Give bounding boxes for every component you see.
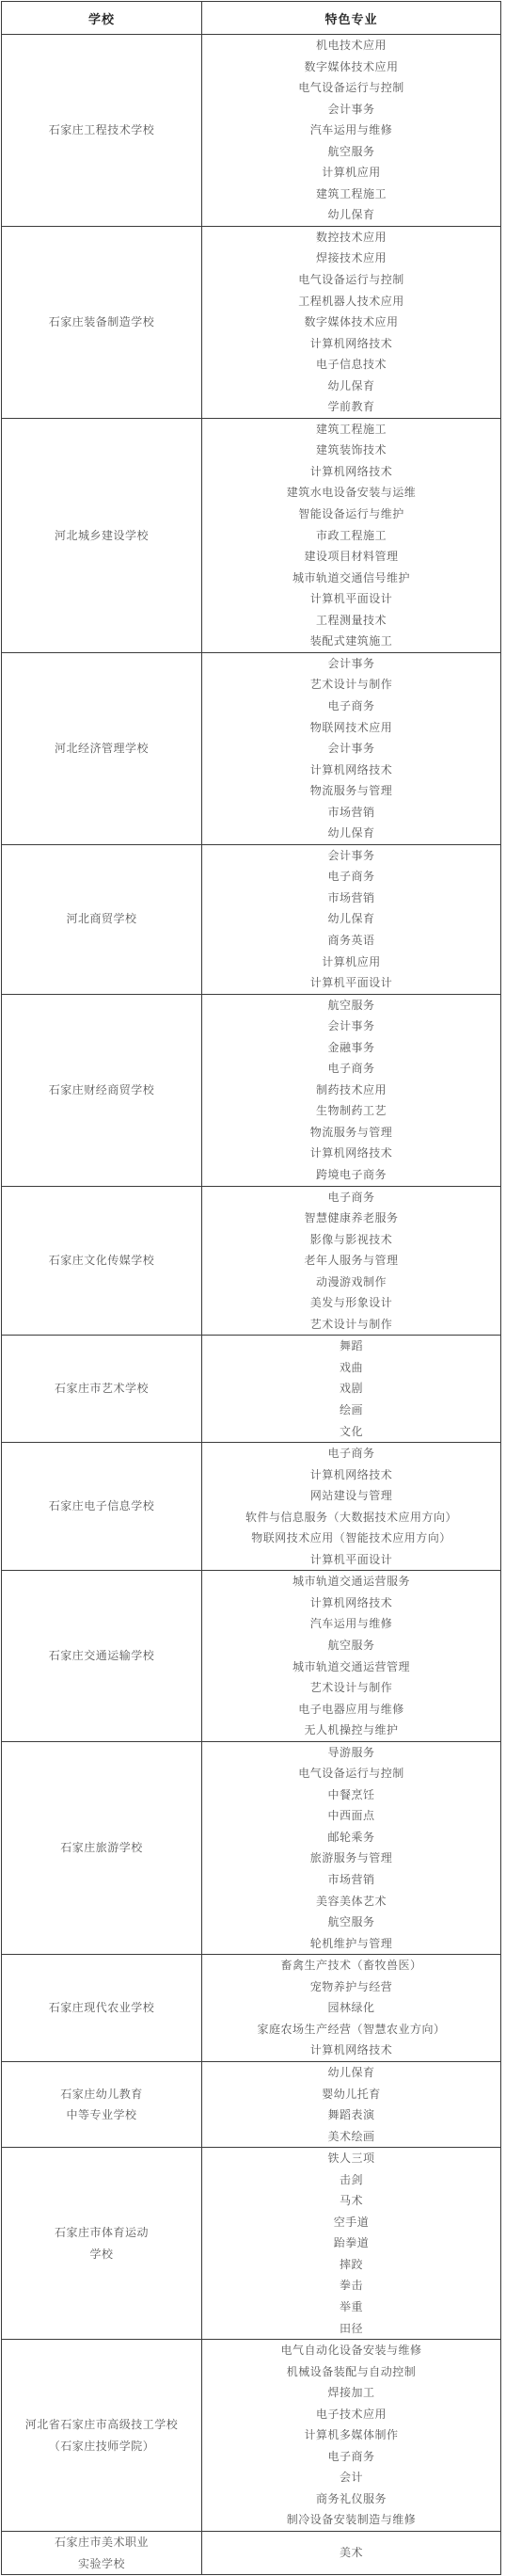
major-item: 中西面点 [202, 1805, 500, 1827]
major-item: 焊接加工 [202, 2382, 500, 2404]
school-row: 河北经济管理学校会计事务艺术设计与制作电子商务物联网技术应用会计事务计算机网络技… [2, 652, 501, 844]
major-item: 畜禽生产技术（畜牧兽医） [202, 1955, 500, 1976]
major-item: 装配式建筑施工 [202, 631, 500, 652]
major-item: 艺术设计与制作 [202, 1314, 500, 1336]
major-item: 幼儿保育 [202, 908, 500, 930]
major-item: 电子电器应用与维修 [202, 1699, 500, 1720]
school-name-line: 中等专业学校 [2, 2104, 201, 2126]
major-item: 电子商务 [202, 2446, 500, 2468]
major-item: 幼儿保育 [202, 823, 500, 844]
school-name-line: 学校 [2, 2244, 201, 2265]
school-row: 石家庄交通运输学校城市轨道交通运营服务计算机网络技术汽车运用与维修航空服务城市轨… [2, 1571, 501, 1741]
school-cell: 石家庄市艺术学校 [2, 1336, 202, 1443]
school-cell: 石家庄旅游学校 [2, 1741, 202, 1954]
major-item: 物联网技术应用 [202, 717, 500, 739]
major-item: 城市轨道交通信号维护 [202, 568, 500, 589]
major-item: 建筑工程施工 [202, 184, 500, 205]
major-item: 计算机网络技术 [202, 333, 500, 355]
major-item: 计算机多媒体制作 [202, 2424, 500, 2446]
school-name-line: 石家庄装备制造学校 [2, 312, 201, 333]
header-majors: 特色专业 [202, 2, 501, 35]
major-item: 数控技术应用 [202, 227, 500, 248]
major-item: 跆拳道 [202, 2232, 500, 2254]
major-item: 金融事务 [202, 1037, 500, 1059]
school-name-line: 石家庄市美术职业 [2, 2532, 201, 2553]
major-item: 智慧健康养老服务 [202, 1208, 500, 1229]
major-item: 建筑工程施工 [202, 419, 500, 440]
major-item: 航空服务 [202, 1635, 500, 1656]
majors-cell: 城市轨道交通运营服务计算机网络技术汽车运用与维修航空服务城市轨道交通运营管理艺术… [202, 1571, 501, 1741]
major-item: 空手道 [202, 2212, 500, 2233]
major-item: 美发与形象设计 [202, 1292, 500, 1314]
school-row: 石家庄现代农业学校畜禽生产技术（畜牧兽医）宠物养护与经营园林绿化家庭农场生产经营… [2, 1955, 501, 2062]
school-cell: 河北经济管理学校 [2, 652, 202, 844]
major-item: 旅游服务与管理 [202, 1848, 500, 1869]
major-item: 电气设备运行与控制 [202, 77, 500, 99]
majors-cell: 美术 [202, 2531, 501, 2574]
major-item: 商务英语 [202, 930, 500, 952]
school-name-line: 石家庄文化传媒学校 [2, 1250, 201, 1272]
school-name-line: 石家庄旅游学校 [2, 1837, 201, 1859]
major-item: 市场营销 [202, 802, 500, 824]
major-item: 计算机平面设计 [202, 588, 500, 610]
major-item: 田径 [202, 2318, 500, 2340]
majors-cell: 会计事务艺术设计与制作电子商务物联网技术应用会计事务计算机网络技术物流服务与管理… [202, 652, 501, 844]
major-item: 戏剧 [202, 1378, 500, 1400]
school-name-line: 河北商贸学校 [2, 908, 201, 930]
major-item: 电子商务 [202, 696, 500, 717]
major-item: 幼儿保育 [202, 376, 500, 397]
majors-cell: 电气自动化设备安装与维修机械设备装配与自动控制焊接加工电子技术应用计算机多媒体制… [202, 2340, 501, 2532]
school-name-line: 石家庄现代农业学校 [2, 1997, 201, 2019]
school-name-line: 石家庄财经商贸学校 [2, 1080, 201, 1101]
school-row: 石家庄旅游学校导游服务电气设备运行与控制中餐烹饪中西面点邮轮乘务旅游服务与管理市… [2, 1741, 501, 1954]
school-cell: 河北省石家庄市高级技工学校（石家庄技师学院） [2, 2340, 202, 2532]
header-school: 学校 [2, 2, 202, 35]
major-item: 物流服务与管理 [202, 780, 500, 802]
major-item: 园林绿化 [202, 1997, 500, 2019]
school-name-line: 河北城乡建设学校 [2, 525, 201, 547]
majors-cell: 航空服务会计事务金融事务电子商务制药技术应用生物制药工艺物流服务与管理计算机网络… [202, 994, 501, 1186]
major-item: 击剑 [202, 2169, 500, 2191]
major-item: 学前教育 [202, 396, 500, 418]
major-item: 市政工程施工 [202, 525, 500, 547]
school-cell: 石家庄文化传媒学校 [2, 1186, 202, 1336]
major-item: 电子商务 [202, 1058, 500, 1080]
major-item: 马术 [202, 2190, 500, 2212]
major-item: 计算机平面设计 [202, 1549, 500, 1571]
school-name-line: 实验学校 [2, 2553, 201, 2575]
majors-cell: 铁人三项击剑马术空手道跆拳道摔跤拳击举重田径 [202, 2148, 501, 2340]
school-row: 石家庄市艺术学校舞蹈戏曲戏剧绘画文化 [2, 1336, 501, 1443]
school-name-line: 石家庄电子信息学校 [2, 1496, 201, 1517]
majors-cell: 导游服务电气设备运行与控制中餐烹饪中西面点邮轮乘务旅游服务与管理市场营销美容美体… [202, 1741, 501, 1954]
majors-cell: 数控技术应用焊接技术应用电气设备运行与控制工程机器人技术应用数字媒体技术应用计算… [202, 226, 501, 418]
school-name-line: 石家庄交通运输学校 [2, 1645, 201, 1667]
major-item: 计算机网络技术 [202, 1592, 500, 1614]
major-item: 绘画 [202, 1400, 500, 1421]
table-body: 石家庄工程技术学校机电技术应用数字媒体技术应用电气设备运行与控制会计事务汽车运用… [2, 35, 501, 2575]
major-item: 家庭农场生产经营（智慧农业方向） [202, 2019, 500, 2040]
major-item: 城市轨道交通运营服务 [202, 1571, 500, 1592]
school-cell: 石家庄市体育运动学校 [2, 2148, 202, 2340]
major-item: 工程机器人技术应用 [202, 291, 500, 312]
major-item: 智能设备运行与维护 [202, 504, 500, 525]
major-item: 动漫游戏制作 [202, 1272, 500, 1293]
header-row: 学校 特色专业 [2, 2, 501, 35]
major-item: 电子商务 [202, 866, 500, 888]
major-item: 老年人服务与管理 [202, 1250, 500, 1272]
table-header: 学校 特色专业 [2, 2, 501, 35]
major-item: 电子信息技术 [202, 354, 500, 376]
major-item: 物流服务与管理 [202, 1122, 500, 1144]
major-item: 铁人三项 [202, 2148, 500, 2169]
major-item: 汽车运用与维修 [202, 120, 500, 141]
major-item: 举重 [202, 2296, 500, 2318]
major-item: 舞蹈 [202, 1336, 500, 1357]
major-item: 计算机网络技术 [202, 2040, 500, 2061]
major-item: 影像与影视技术 [202, 1229, 500, 1251]
major-item: 计算机平面设计 [202, 972, 500, 994]
major-item: 幼儿保育 [202, 2062, 500, 2084]
school-name-line: 石家庄市艺术学校 [2, 1378, 201, 1400]
school-name-line: 河北省石家庄市高级技工学校 [2, 2414, 201, 2436]
major-item: 电气自动化设备安装与维修 [202, 2340, 500, 2361]
school-row: 石家庄电子信息学校电子商务计算机网络技术网站建设与管理软件与信息服务（大数据技术… [2, 1443, 501, 1571]
major-item: 美术绘画 [202, 2126, 500, 2148]
major-item: 电气设备运行与控制 [202, 269, 500, 291]
major-item: 电子技术应用 [202, 2404, 500, 2425]
school-cell: 石家庄装备制造学校 [2, 226, 202, 418]
major-item: 焊接技术应用 [202, 248, 500, 269]
major-item: 美容美体艺术 [202, 1891, 500, 1912]
major-item: 中餐烹饪 [202, 1784, 500, 1806]
major-item: 导游服务 [202, 1742, 500, 1764]
major-item: 舞蹈表演 [202, 2104, 500, 2126]
major-item: 市场营销 [202, 1869, 500, 1891]
majors-cell: 机电技术应用数字媒体技术应用电气设备运行与控制会计事务汽车运用与维修航空服务计算… [202, 35, 501, 227]
major-item: 航空服务 [202, 141, 500, 163]
school-cell: 石家庄幼儿教育中等专业学校 [2, 2061, 202, 2147]
major-item: 生物制药工艺 [202, 1100, 500, 1122]
major-item: 会计事务 [202, 738, 500, 760]
school-row: 河北商贸学校会计事务电子商务市场营销幼儿保育商务英语计算机应用计算机平面设计 [2, 844, 501, 994]
majors-cell: 畜禽生产技术（畜牧兽医）宠物养护与经营园林绿化家庭农场生产经营（智慧农业方向）计… [202, 1955, 501, 2062]
major-item: 网站建设与管理 [202, 1485, 500, 1507]
school-row: 石家庄市体育运动学校铁人三项击剑马术空手道跆拳道摔跤拳击举重田径 [2, 2148, 501, 2340]
major-item: 工程测量技术 [202, 610, 500, 632]
major-item: 会计事务 [202, 845, 500, 867]
school-cell: 石家庄市美术职业实验学校 [2, 2531, 202, 2574]
major-item: 艺术设计与制作 [202, 1677, 500, 1699]
major-item: 航空服务 [202, 995, 500, 1016]
school-row: 石家庄工程技术学校机电技术应用数字媒体技术应用电气设备运行与控制会计事务汽车运用… [2, 35, 501, 227]
major-item: 商务礼仪服务 [202, 2488, 500, 2510]
school-row: 石家庄财经商贸学校航空服务会计事务金融事务电子商务制药技术应用生物制药工艺物流服… [2, 994, 501, 1186]
school-row: 河北城乡建设学校建筑工程施工建筑装饰技术计算机网络技术建筑水电设备安装与运维智能… [2, 418, 501, 652]
major-item: 轮机维护与管理 [202, 1933, 500, 1955]
major-item: 无人机操控与维护 [202, 1720, 500, 1741]
major-item: 建筑装饰技术 [202, 440, 500, 461]
major-item: 电子商务 [202, 1187, 500, 1208]
major-item: 会计事务 [202, 99, 500, 120]
major-item: 市场营销 [202, 888, 500, 909]
school-name-line: 石家庄幼儿教育 [2, 2084, 201, 2105]
school-cell: 石家庄交通运输学校 [2, 1571, 202, 1741]
major-item: 汽车运用与维修 [202, 1613, 500, 1635]
school-name-line: （石家庄技师学院） [2, 2436, 201, 2457]
major-item: 拳击 [202, 2275, 500, 2296]
major-item: 建设项目材料管理 [202, 546, 500, 568]
major-item: 软件与信息服务（大数据技术应用方向） [202, 1507, 500, 1528]
major-item: 计算机网络技术 [202, 1143, 500, 1164]
majors-cell: 会计事务电子商务市场营销幼儿保育商务英语计算机应用计算机平面设计 [202, 844, 501, 994]
major-item: 数字媒体技术应用 [202, 312, 500, 333]
major-item: 电子商务 [202, 1443, 500, 1464]
major-item: 会计事务 [202, 1016, 500, 1037]
school-name-line: 石家庄工程技术学校 [2, 120, 201, 141]
major-item: 文化 [202, 1421, 500, 1443]
major-item: 摔跤 [202, 2254, 500, 2276]
school-cell: 石家庄工程技术学校 [2, 35, 202, 227]
major-item: 会计 [202, 2467, 500, 2488]
major-item: 制药技术应用 [202, 1080, 500, 1101]
major-item: 宠物养护与经营 [202, 1976, 500, 1998]
major-item: 制冷设备安装制造与维修 [202, 2509, 500, 2531]
school-cell: 石家庄现代农业学校 [2, 1955, 202, 2062]
major-item: 计算机网络技术 [202, 1464, 500, 1486]
major-item: 计算机网络技术 [202, 461, 500, 483]
major-item: 邮轮乘务 [202, 1827, 500, 1848]
school-row: 石家庄装备制造学校数控技术应用焊接技术应用电气设备运行与控制工程机器人技术应用数… [2, 226, 501, 418]
major-item: 艺术设计与制作 [202, 674, 500, 696]
major-item: 计算机应用 [202, 952, 500, 973]
school-name-line: 河北经济管理学校 [2, 738, 201, 760]
major-item: 计算机应用 [202, 162, 500, 184]
school-cell: 石家庄财经商贸学校 [2, 994, 202, 1186]
major-item: 电气设备运行与控制 [202, 1763, 500, 1784]
major-item: 物联网技术应用（智能技术应用方向） [202, 1528, 500, 1549]
major-item: 会计事务 [202, 653, 500, 675]
major-item: 建筑水电设备安装与运维 [202, 482, 500, 504]
major-item: 幼儿保育 [202, 204, 500, 226]
major-item: 数字媒体技术应用 [202, 56, 500, 78]
school-name-line: 石家庄市体育运动 [2, 2222, 201, 2244]
major-item: 城市轨道交通运营管理 [202, 1656, 500, 1678]
school-row: 河北省石家庄市高级技工学校（石家庄技师学院）电气自动化设备安装与维修机械设备装配… [2, 2340, 501, 2532]
majors-cell: 舞蹈戏曲戏剧绘画文化 [202, 1336, 501, 1443]
majors-cell: 幼儿保育婴幼儿托育舞蹈表演美术绘画 [202, 2061, 501, 2147]
page: 学校 特色专业 石家庄工程技术学校机电技术应用数字媒体技术应用电气设备运行与控制… [0, 0, 506, 2576]
school-cell: 石家庄电子信息学校 [2, 1443, 202, 1571]
majors-cell: 电子商务智慧健康养老服务影像与影视技术老年人服务与管理动漫游戏制作美发与形象设计… [202, 1186, 501, 1336]
majors-cell: 电子商务计算机网络技术网站建设与管理软件与信息服务（大数据技术应用方向）物联网技… [202, 1443, 501, 1571]
major-item: 计算机网络技术 [202, 760, 500, 781]
major-item: 婴幼儿托育 [202, 2084, 500, 2105]
major-item: 美术 [202, 2542, 500, 2564]
major-item: 航空服务 [202, 1912, 500, 1933]
school-row: 石家庄文化传媒学校电子商务智慧健康养老服务影像与影视技术老年人服务与管理动漫游戏… [2, 1186, 501, 1336]
school-cell: 河北城乡建设学校 [2, 418, 202, 652]
majors-cell: 建筑工程施工建筑装饰技术计算机网络技术建筑水电设备安装与运维智能设备运行与维护市… [202, 418, 501, 652]
major-item: 跨境电子商务 [202, 1164, 500, 1186]
school-row: 石家庄幼儿教育中等专业学校幼儿保育婴幼儿托育舞蹈表演美术绘画 [2, 2061, 501, 2147]
major-item: 机械设备装配与自动控制 [202, 2361, 500, 2383]
major-item: 机电技术应用 [202, 35, 500, 56]
school-cell: 河北商贸学校 [2, 844, 202, 994]
schools-majors-table: 学校 特色专业 石家庄工程技术学校机电技术应用数字媒体技术应用电气设备运行与控制… [1, 1, 501, 2575]
major-item: 戏曲 [202, 1357, 500, 1379]
school-row: 石家庄市美术职业实验学校美术 [2, 2531, 501, 2574]
